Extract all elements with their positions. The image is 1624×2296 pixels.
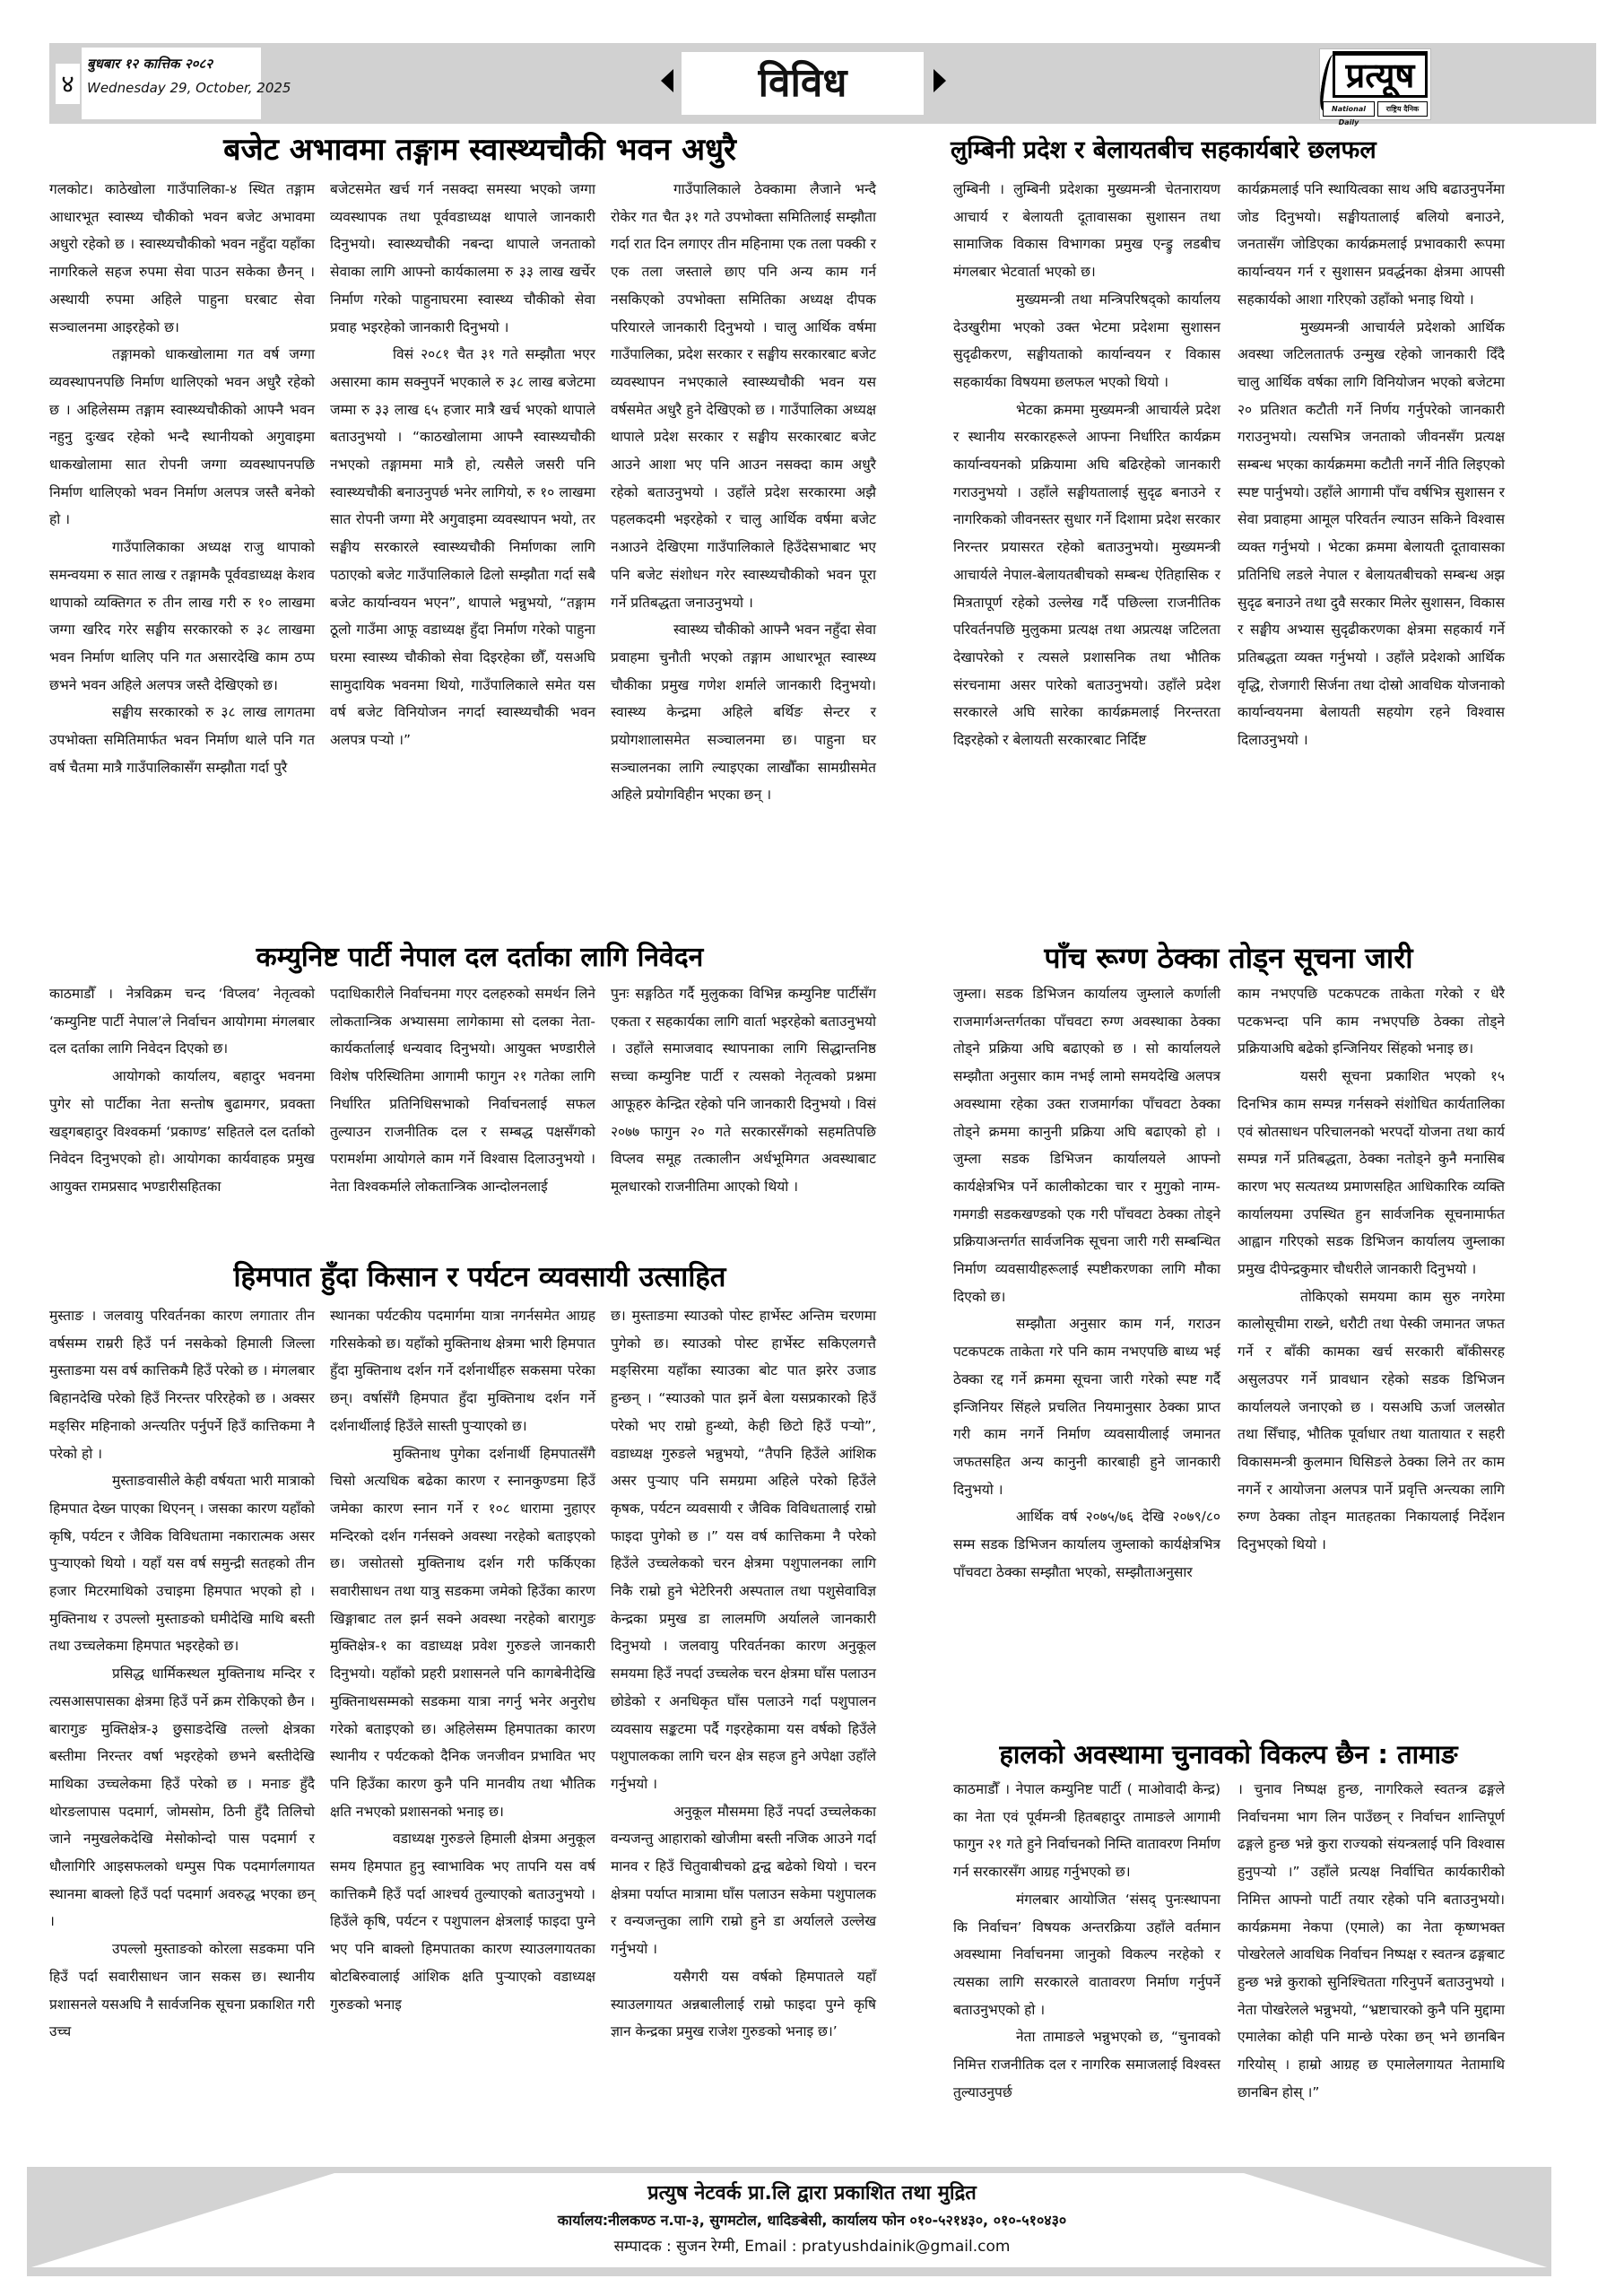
paragraph: मुख्यमन्त्री तथा मन्त्रिपरिषद्को कार्याल… [953, 286, 1220, 396]
article-lumbini-col-2: कार्यक्रमलाई पनि स्थायित्वका साथ अघि बढा… [1238, 176, 1505, 754]
paragraph: सम्झौता अनुसार काम गर्न, गराउन पटकपटक ता… [953, 1310, 1220, 1503]
paragraph: काम नभएपछि पटकपटक ताकेता गरेको र धेरै पट… [1238, 980, 1505, 1063]
article-snowfall-col-3: छ। मुस्ताङमा स्याउको पोस्ट हार्भेस्ट अन्… [611, 1302, 876, 2046]
headline-contracts: पाँच रूग्ण ठेक्का तोड्न सूचना जारी [951, 937, 1507, 978]
date-box: बुधबार १२ कात्तिक २०८२ Wednesday 29, Oct… [82, 48, 261, 119]
paragraph: काठमाडौँ । नेपाल कम्युनिष्ट पार्टी ( माओ… [953, 1776, 1220, 1886]
paragraph: स्थानका पर्यटकीय पदमार्गमा यात्रा नगर्नस… [330, 1302, 595, 1440]
triangle-right-icon [934, 69, 946, 92]
headline-lumbini: लुम्बिनी प्रदेश र बेलायतबीच सहकार्यबारे … [951, 131, 1533, 170]
paragraph: छ। मुस्ताङमा स्याउको पोस्ट हार्भेस्ट अन्… [611, 1302, 876, 1798]
logo-wordmark: प्रत्यूष [1333, 51, 1428, 98]
article-tamang-col-1: काठमाडौँ । नेपाल कम्युनिष्ट पार्टी ( माओ… [953, 1776, 1220, 2106]
paragraph: । चुनाव निष्पक्ष हुन्छ, नागरिकले स्वतन्त… [1238, 1776, 1505, 2106]
logo-tag-english: National Daily [1323, 101, 1375, 117]
paragraph: यसैगरी यस वर्षको हिमपातले यहाँ स्याउलगाय… [611, 1963, 876, 2046]
paragraph: भेटका क्रममा मुख्यमन्त्री आचार्यले प्रदे… [953, 396, 1220, 754]
article-contracts-col-2: काम नभएपछि पटकपटक ताकेता गरेको र धेरै पट… [1238, 980, 1505, 1559]
article-communist-col-1: काठमाडौँ । नेत्रविक्रम चन्द ‘विप्लव’ नेत… [49, 980, 315, 1201]
paragraph: तोकिएको समयमा काम सुरु नगरेमा कालोसूचीमा… [1238, 1283, 1505, 1559]
paragraph: विसं २०८१ चैत ३१ गते सम्झौता भएर असारमा … [330, 341, 595, 754]
page-number: ४ [56, 64, 80, 104]
headline-budget: बजेट अभावमा तङ्गाम स्वास्थ्यचौकी भवन अधु… [49, 128, 910, 171]
paragraph: अनुकूल मौसममा हिउँ नपर्दा उच्चलेकका वन्य… [611, 1798, 876, 1963]
date-nepali: बुधबार १२ कात्तिक २०८२ [87, 53, 256, 74]
article-tamang-col-2: । चुनाव निष्पक्ष हुन्छ, नागरिकले स्वतन्त… [1238, 1776, 1505, 2106]
paragraph: गाउँपालिकाले ठेक्कामा लैजाने भन्दै रोकेर… [611, 176, 876, 616]
article-contracts-col-1: जुम्ला। सडक डिभिजन कार्यालय जुम्लाले कर्… [953, 980, 1220, 1586]
headline-tamang: हालको अवस्थामा चुनावको विकल्प छैन : तामा… [951, 1734, 1507, 1775]
imprint: प्रत्युष नेटवर्क प्रा.लि द्वारा प्रकाशित… [0, 2179, 1624, 2260]
article-communist-col-2: पदाधिकारीले निर्वाचनमा गएर दलहरुको समर्थ… [330, 980, 595, 1201]
article-communist-col-3: पुनः सङ्गठित गर्दै मुलुकका विभिन्न कम्यु… [611, 980, 876, 1201]
paragraph: सङ्घीय सरकारको रु ३८ लाख लागतमा उपभोक्ता… [49, 699, 315, 781]
paragraph: लुम्बिनी । लुम्बिनी प्रदेशका मुख्यमन्त्र… [953, 176, 1220, 286]
logo-tag-nepali: राष्ट्रिय दैनिक [1377, 101, 1428, 117]
paragraph: मुख्यमन्त्री आचार्यले प्रदेशको आर्थिक अव… [1238, 314, 1505, 754]
paragraph: नेता तामाङले भन्नुभएको छ, “चुनावको निमित… [953, 2023, 1220, 2106]
article-budget-col-3: गाउँपालिकाले ठेक्कामा लैजाने भन्दै रोकेर… [611, 176, 876, 809]
article-budget-col-2: बजेटसमेत खर्च गर्न नसक्दा समस्या भएको जग… [330, 176, 595, 754]
headline-communist: कम्युनिष्ट पार्टी नेपाल दल दर्ताका लागि … [49, 937, 910, 978]
newspaper-logo: प्रत्यूष National Daily राष्ट्रिय दैनिक [1319, 48, 1431, 120]
paragraph: मुस्ताङ । जलवायु परिवर्तनका कारण लगातार … [49, 1302, 315, 1467]
article-lumbini-col-1: लुम्बिनी । लुम्बिनी प्रदेशका मुख्यमन्त्र… [953, 176, 1220, 754]
office-address-line: कार्यालय:नीलकण्ठ न.पा-३, सुगमटोल, धादिङब… [0, 2208, 1624, 2233]
headline-snowfall: हिमपात हुँदा किसान र पर्यटन व्यवसायी उत्… [49, 1256, 910, 1299]
paragraph: तङ्गामको धाकखोलामा गत वर्ष जग्गा व्यवस्थ… [49, 341, 315, 534]
section-title: विविध [682, 52, 924, 115]
article-budget-col-1: गलकोट। काठेखोला गाउँपालिका-४ स्थित तङ्गा… [49, 176, 315, 781]
paragraph: जुम्ला। सडक डिभिजन कार्यालय जुम्लाले कर्… [953, 980, 1220, 1310]
paragraph: मंगलबार आयोजित ‘संसद् पुनःस्थापना कि निर… [953, 1886, 1220, 2024]
paragraph: बजेटसमेत खर्च गर्न नसक्दा समस्या भएको जग… [330, 176, 595, 341]
paragraph: यसरी सूचना प्रकाशित भएको १५ दिनभित्र काम… [1238, 1063, 1505, 1283]
paragraph: वडाध्यक्ष गुरुङले हिमाली क्षेत्रमा अनुकू… [330, 1825, 595, 2018]
paragraph: प्रसिद्ध धार्मिकस्थल मुक्तिनाथ मन्दिर र … [49, 1660, 315, 1935]
date-english: Wednesday 29, October, 2025 [87, 74, 256, 101]
paragraph: गाउँपालिकाका अध्यक्ष राजु थापाको समन्वयम… [49, 534, 315, 699]
editor-email-line: सम्पादक : सुजन रेग्मी, Email : pratyushd… [0, 2233, 1624, 2260]
paragraph: स्वास्थ्य चौकीको आफ्नै भवन नहुँदा सेवा प… [611, 616, 876, 809]
paragraph: पुनः सङ्गठित गर्दै मुलुकका विभिन्न कम्यु… [611, 980, 876, 1201]
article-snowfall-col-1: मुस्ताङ । जलवायु परिवर्तनका कारण लगातार … [49, 1302, 315, 2046]
publisher-line: प्रत्युष नेटवर्क प्रा.लि द्वारा प्रकाशित… [0, 2179, 1624, 2208]
article-snowfall-col-2: स्थानका पर्यटकीय पदमार्गमा यात्रा नगर्नस… [330, 1302, 595, 2018]
paragraph: गलकोट। काठेखोला गाउँपालिका-४ स्थित तङ्गा… [49, 176, 315, 341]
paragraph: पदाधिकारीले निर्वाचनमा गएर दलहरुको समर्थ… [330, 980, 595, 1201]
paragraph: मुक्तिनाथ पुगेका दर्शनार्थी हिमपातसँगै च… [330, 1440, 595, 1826]
paragraph: उपल्लो मुस्ताङको कोरला सडकमा पनि हिउँ पर… [49, 1935, 315, 2046]
paragraph: कार्यक्रमलाई पनि स्थायित्वका साथ अघि बढा… [1238, 176, 1505, 314]
paragraph: काठमाडौँ । नेत्रविक्रम चन्द ‘विप्लव’ नेत… [49, 980, 315, 1063]
triangle-left-icon [661, 69, 673, 92]
paragraph: मुस्ताङवासीले केही वर्षयता भारी मात्राको… [49, 1467, 315, 1660]
paragraph: आर्थिक वर्ष २०७५/७६ देखि २०७९/८० सम्म सड… [953, 1503, 1220, 1586]
paragraph: आयोगको कार्यालय, बहादुर भवनमा पुगेर सो प… [49, 1063, 315, 1201]
